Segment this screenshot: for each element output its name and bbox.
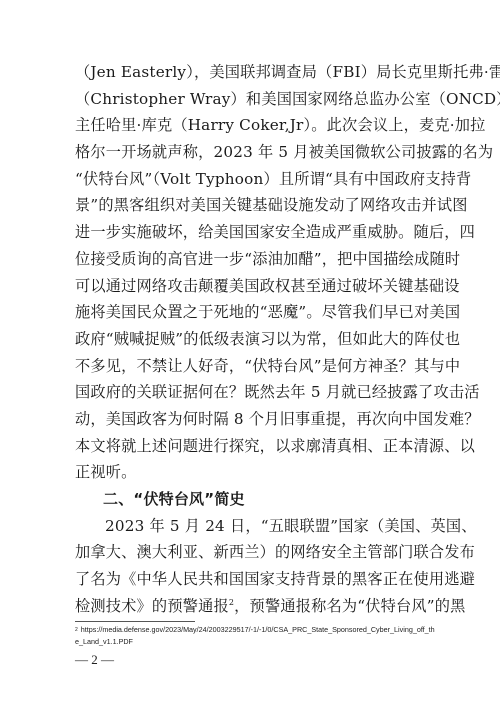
body-text: （Jen Easterly），美国联邦调查局（FBI）局长克里斯托弗·雷 （Ch… [75, 59, 423, 619]
text-segment: ，预警通报称名为“伏特台风”的黑 [234, 597, 465, 615]
text-line: （Jen Easterly），美国联邦调查局（FBI）局长克里斯托弗·雷 [75, 59, 423, 86]
text-line: 主任哈里·库克（Harry Coker,Jr）。此次会议上，麦克·加拉 [75, 112, 423, 139]
text-line: 可以通过网络攻击颠覆美国政权甚至通过破坏关键基础设 [75, 273, 423, 300]
footnote-url[interactable]: https://media.defense.gov/2023/May/24/20… [75, 625, 435, 646]
section-heading: 二、“伏特台风”简史 [75, 486, 423, 513]
text-line: 本文将就上述问题进行探究，以求廓清真相、正本清源、以 [75, 433, 423, 460]
footnote: 2https://media.defense.gov/2023/May/24/2… [75, 624, 435, 648]
text-line: 了名为《中华人民共和国国家支持背景的黑客正在使用逃避 [75, 566, 423, 593]
footnote-number: 2 [75, 627, 78, 633]
text-line: 国政府的关联证据何在？既然去年 5 月就已经披露了攻击活 [75, 379, 423, 406]
document-page: （Jen Easterly），美国联邦调查局（FBI）局长克里斯托弗·雷 （Ch… [0, 0, 500, 707]
footnote-divider [75, 621, 195, 622]
text-line: 正视听。 [75, 459, 423, 486]
text-line: 位接受质询的高官进一步“添油加醋”，把中国描绘成随时 [75, 246, 423, 273]
text-line: 进一步实施破坏，给美国国家安全造成严重威胁。随后，四 [75, 219, 423, 246]
text-line: 2023 年 5 月 24 日，“五眼联盟”国家（美国、英国、 [75, 513, 423, 540]
text-line: 政府“贼喊捉贼”的低级表演习以为常，但如此大的阵仗也 [75, 326, 423, 353]
text-line: 动，美国政客为何时隔 8 个月旧事重提，再次向中国发难？ [75, 406, 423, 433]
text-line: 格尔一开场就声称，2023 年 5 月被美国微软公司披露的名为 [75, 139, 423, 166]
text-line-with-footnote: 检测技术》的预警通报2，预警通报称名为“伏特台风”的黑 [75, 593, 423, 620]
text-line: 不多见，不禁让人好奇，“伏特台风”是何方神圣？其与中 [75, 353, 423, 380]
text-line: 景”的黑客组织对美国关键基础设施发动了网络攻击并试图 [75, 192, 423, 219]
text-line: “伏特台风”（Volt Typhoon）且所谓“具有中国政府支持背 [75, 166, 423, 193]
text-line: 施将美国民众置之于死地的“恶魔”。尽管我们早已对美国 [75, 299, 423, 326]
text-segment: 检测技术》的预警通报 [75, 597, 229, 615]
text-line: （Christopher Wray）和美国国家网络总监办公室（ONCD） [75, 86, 423, 113]
page-number: — 2 — [75, 652, 114, 668]
text-line: 加拿大、澳大利亚、新西兰）的网络安全主管部门联合发布 [75, 539, 423, 566]
